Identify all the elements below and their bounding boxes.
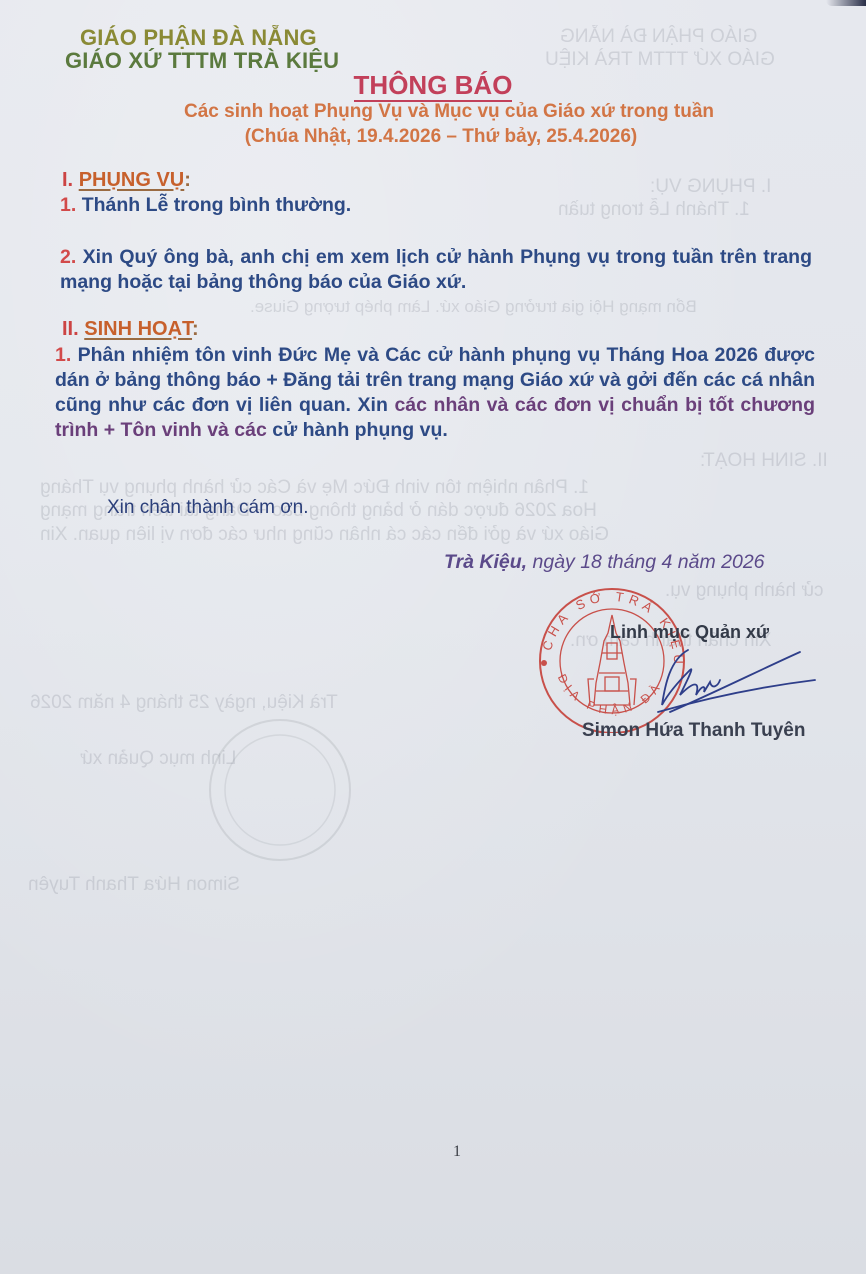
title-text: THÔNG BÁO	[354, 70, 513, 102]
document-title: THÔNG BÁO	[0, 70, 866, 101]
item-number: 2.	[60, 246, 76, 268]
list-item: 1. Phân nhiệm tôn vinh Đức Mẹ và Các cử …	[55, 343, 815, 443]
page-corner-shadow	[826, 0, 866, 6]
bleed-through-text: Giáo xứ và gởi đến các cá nhân cũng như …	[40, 524, 609, 546]
item-text: cử hành phụng vụ.	[272, 419, 448, 441]
section-name: SINH HOẠT	[84, 318, 192, 340]
handwritten-signature-icon	[640, 640, 820, 720]
bleed-through-text: Bổn mạng Hội gia trưởng Giáo xứ. Làm phé…	[250, 297, 697, 317]
section-number: II.	[62, 318, 79, 340]
closing-thanks: Xin chân thành cám ơn.	[107, 497, 309, 519]
section-name: PHỤNG VỤ	[79, 169, 185, 191]
section-colon: :	[184, 169, 191, 191]
bleed-through-text: GIÁO PHẬN ĐÀ NẴNG	[560, 26, 757, 48]
bleed-through-text: II. SINH HOẠT:	[700, 450, 828, 472]
section-heading-phung-vu: I. PHỤNG VỤ:	[62, 169, 191, 192]
date-place: Trà Kiệu,	[444, 551, 527, 573]
list-item: 1. Thánh Lễ trong bình thường.	[60, 193, 820, 218]
bleed-through-stamp	[200, 715, 360, 865]
bleed-through-text: Simon Hứa Thanh Tuyên	[28, 874, 240, 896]
subtitle-date-range: (Chúa Nhật, 19.4.2026 – Thứ bảy, 25.4.20…	[8, 126, 866, 148]
page-number: 1	[453, 1143, 461, 1161]
signer-name: Simon Hứa Thanh Tuyên	[582, 720, 805, 742]
date-text: ngày 18 tháng 4 năm 2026	[527, 551, 764, 573]
bleed-through-text: 1. Phân nhiệm tôn vinh Đức Mẹ và Các cử …	[40, 477, 589, 499]
section-number: I.	[62, 169, 73, 191]
list-item: 2. Xin Quý ông bà, anh chị em xem lịch c…	[60, 245, 812, 295]
section-colon: :	[192, 318, 199, 340]
section-heading-sinh-hoat: II. SINH HOẠT:	[62, 318, 199, 341]
subtitle-line-1: Các sinh hoạt Phụng Vụ và Mục vụ của Giá…	[16, 101, 866, 123]
item-number: 1.	[55, 344, 71, 366]
item-text: Thánh Lễ trong bình thường.	[82, 194, 352, 216]
bleed-through-text: Trà Kiệu, ngày 25 tháng 4 năm 2026	[30, 692, 338, 714]
date-line: Trà Kiệu, ngày 18 tháng 4 năm 2026	[444, 551, 765, 574]
bleed-through-text: GIÁO XỨ TTTM TRÀ KIỆU	[545, 49, 775, 71]
item-text: Xin Quý ông bà, anh chị em xem lịch cử h…	[60, 246, 812, 293]
item-number: 1.	[60, 194, 76, 216]
